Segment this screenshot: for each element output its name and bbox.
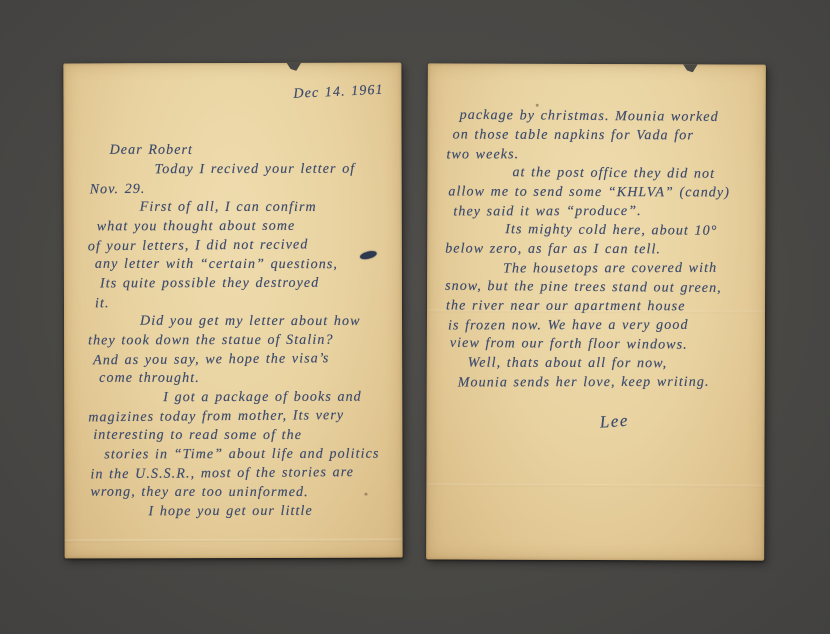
letter-line: snow, but the pine trees stand out green… xyxy=(445,277,761,298)
letter-line: the river near our apartment house xyxy=(446,296,761,316)
letter-line: stories in “Time” about life and politic… xyxy=(104,445,398,465)
letter-line: interesting to read some of the xyxy=(93,426,398,446)
paper-speck xyxy=(536,104,539,107)
letter-line: of your letters, I did not recived xyxy=(88,235,398,257)
letter-line: they said it was “produce”. xyxy=(453,202,761,222)
letter-line: view from our forth floor windows. xyxy=(450,334,761,355)
letter-line: Its quite possible they destroyed xyxy=(100,274,398,294)
letter-line: any letter with “certain” questions, xyxy=(95,255,398,275)
paper-tear-notch xyxy=(285,63,302,71)
letter-line: on those table napkins for Vada for xyxy=(453,125,762,145)
letter-line: allow me to send some “KHLVA” (candy) xyxy=(448,182,761,202)
letter-line: Mounia sends her love, keep writing. xyxy=(458,373,761,393)
letter-line: I hope you get our little xyxy=(149,502,399,522)
letter-body-right: package by christmas. Mounia worked on t… xyxy=(445,106,762,427)
letter-line: it. xyxy=(95,292,398,314)
paper-speck xyxy=(364,493,367,496)
letter-line: Today I recived your letter of xyxy=(155,160,398,180)
letter-line: package by christmas. Mounia worked xyxy=(460,106,762,127)
letter-line: is frozen now. We have a very good xyxy=(448,316,761,336)
letter-line: Nov. 29. xyxy=(90,178,398,200)
signature: Lee xyxy=(599,402,761,433)
letter-line: Its mighty cold here, about 10° xyxy=(505,220,761,241)
letter-line: First of all, I can confirm xyxy=(140,198,398,217)
letter-line: magizines today from mother, Its very xyxy=(88,406,398,428)
photo-backdrop: Dec 14. 1961 Dear Robert Today I recived… xyxy=(0,0,830,634)
letter-line: below zero, as far as I can tell. xyxy=(445,239,761,259)
letter-page-left: Dec 14. 1961 Dear Robert Today I recived… xyxy=(63,63,402,559)
letter-line: I got a package of books and xyxy=(163,388,398,408)
letter-line: And as you say, we hope the visa’s xyxy=(93,349,398,371)
letter-line: what you thought about some xyxy=(97,217,398,237)
letter-line: Did you get my letter about how xyxy=(140,312,398,331)
letter-line: they took down the statue of Stalin? xyxy=(88,331,398,351)
letter-line: wrong, they are too uninformed. xyxy=(90,483,398,503)
letter-body-left: Dear Robert Today I recived your letter … xyxy=(88,141,399,522)
letter-line: Well, thats about all for now, xyxy=(468,354,761,374)
paper-crease xyxy=(426,483,764,487)
salutation-line: Dear Robert xyxy=(110,141,398,161)
letter-date: Dec 14. 1961 xyxy=(293,83,384,103)
letter-line: come throught. xyxy=(99,369,398,389)
letter-page-right: package by christmas. Mounia worked on t… xyxy=(426,63,766,560)
letter-line: at the post office they did not xyxy=(512,163,761,184)
paper-crease xyxy=(65,539,403,543)
paper-tear-notch xyxy=(682,63,699,72)
letter-line: The housetops are covered with xyxy=(503,259,761,279)
letter-line: two weeks. xyxy=(447,145,762,165)
letter-line: in the U.S.S.R., most of the stories are xyxy=(90,463,398,485)
